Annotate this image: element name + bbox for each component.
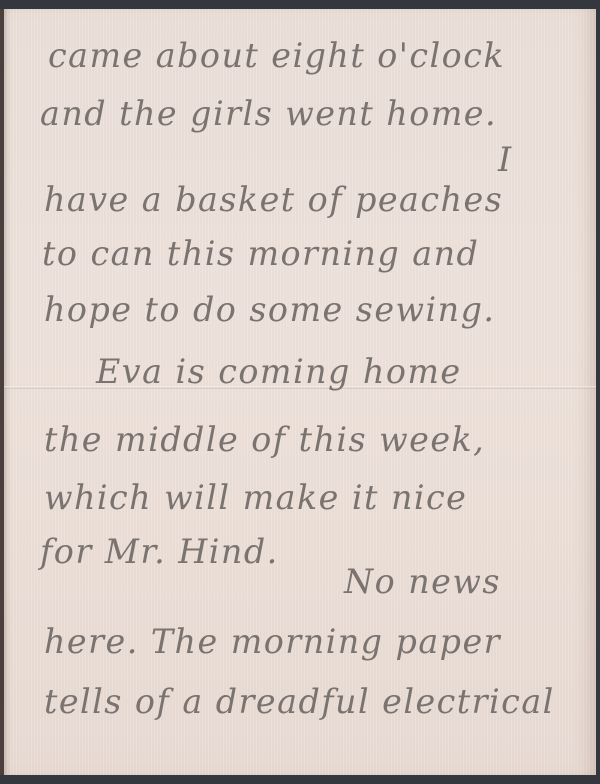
handwritten-line-4: have a basket of peaches [44, 180, 503, 220]
handwritten-line-9: which will make it nice [44, 478, 467, 518]
handwritten-line-1: came about eight o'clock [48, 36, 505, 76]
handwritten-line-6: hope to do some sewing. [44, 290, 495, 330]
handwritten-line-8: the middle of this week, [44, 420, 485, 460]
page-left-edge [0, 9, 4, 775]
handwritten-line-7: Eva is coming home [96, 352, 462, 392]
handwritten-line-11: No news [344, 562, 501, 602]
handwritten-line-10: for Mr. Hind. [40, 532, 279, 572]
handwritten-line-12: here. The morning paper [44, 622, 501, 662]
handwritten-line-3: I [498, 140, 513, 180]
scanned-letter-page: came about eight o'clock and the girls w… [0, 0, 600, 784]
handwritten-line-5: to can this morning and [42, 234, 479, 274]
handwritten-line-2: and the girls went home. [40, 94, 497, 134]
handwritten-line-13: tells of a dreadful electrical [44, 682, 555, 722]
